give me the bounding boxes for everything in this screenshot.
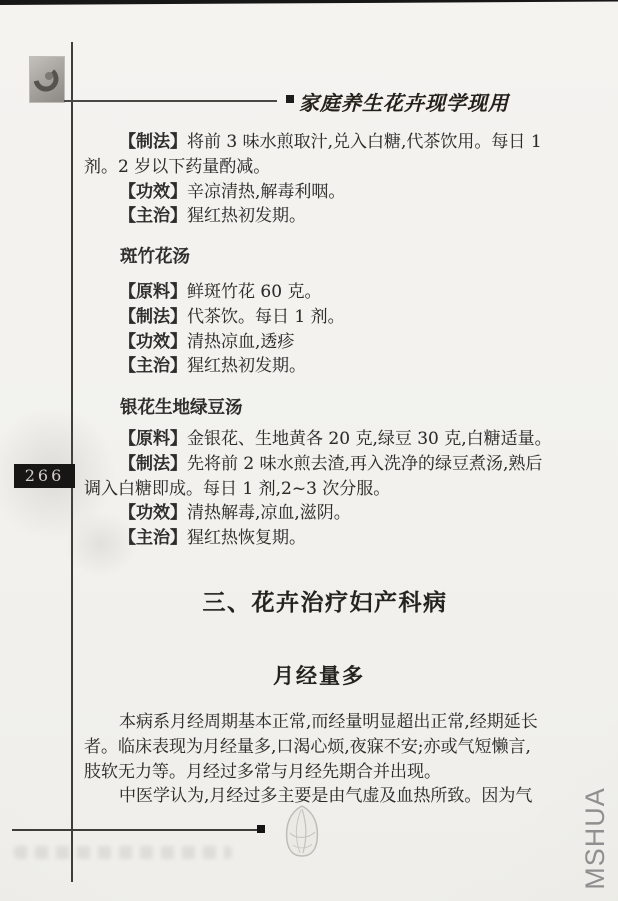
intro-paragraphs: 本病系月经周期基本正常,而经量明显超出正常,经期延长 者。临床表现为月经量多,口… bbox=[84, 710, 570, 809]
text-line: 本病系月经周期基本正常,而经量明显超出正常,经期延长 bbox=[84, 710, 570, 735]
text-line: 【功效】辛凉清热,解毒利咽。 bbox=[84, 180, 570, 205]
field-label: 【主治】 bbox=[119, 528, 187, 548]
text-line: 【主治】猩红热初发期。 bbox=[84, 204, 570, 229]
text-line: 肢软无力等。月经过多常与月经先期合并出现。 bbox=[84, 760, 570, 785]
text-line: 【制法】将前 3 味水煎取汁,兑入白糖,代茶饮用。每日 1 bbox=[84, 130, 570, 155]
line-text: 猩红热初发期。 bbox=[187, 356, 306, 376]
recipe-banzhu-block: 【原料】鲜斑竹花 60 克。 【制法】代茶饮。每日 1 剂。 【功效】清热凉血,… bbox=[84, 280, 570, 379]
line-text: 辛凉清热,解毒利咽。 bbox=[187, 182, 345, 202]
watermark-container: MSHUA bbox=[545, 788, 618, 888]
field-label: 【功效】 bbox=[119, 332, 187, 352]
print-show-through bbox=[14, 846, 232, 859]
line-text: 鲜斑竹花 60 克。 bbox=[187, 282, 321, 302]
line-text: 猩红热恢复期。 bbox=[187, 528, 306, 548]
text-line: 【功效】清热解毒,凉血,滋阴。 bbox=[84, 501, 570, 526]
line-text: 本病系月经周期基本正常,而经量明显超出正常,经期延长 bbox=[119, 712, 538, 732]
line-text: 先将前 2 味水煎去渣,再入洗净的绿豆煮汤,熟后 bbox=[187, 454, 542, 474]
text-line: 剂。2 岁以下药量酌减。 bbox=[84, 155, 570, 180]
line-text: 金银花、生地黄各 20 克,绿豆 30 克,白糖适量。 bbox=[187, 429, 552, 449]
footer-rule bbox=[12, 829, 258, 831]
field-label: 【功效】 bbox=[119, 503, 187, 523]
text-line: 【主治】猩红热恢复期。 bbox=[84, 526, 570, 551]
chapter-heading: 三、花卉治疗妇产科病 bbox=[84, 584, 566, 617]
watermark-text: MSHUA bbox=[580, 787, 611, 890]
field-label: 【原料】 bbox=[119, 282, 187, 302]
line-text: 中医学认为,月经过多主要是由气虚及血热所致。因为气 bbox=[119, 786, 532, 806]
square-bullet-icon bbox=[257, 825, 265, 833]
flower-ornament-icon bbox=[281, 803, 323, 859]
recipe-title: 银花生地绿豆汤 bbox=[120, 394, 243, 419]
publisher-logo-icon bbox=[30, 57, 64, 102]
field-label: 【制法】 bbox=[119, 454, 187, 474]
field-label: 【制法】 bbox=[119, 132, 187, 152]
text-line: 调入白糖即成。每日 1 剂,2~3 次分服。 bbox=[84, 477, 570, 502]
header-rule bbox=[64, 100, 277, 102]
field-label: 【制法】 bbox=[119, 307, 187, 327]
field-label: 【主治】 bbox=[119, 356, 187, 376]
line-text: 清热解毒,凉血,滋阴。 bbox=[187, 503, 351, 523]
page-number-badge: 266 bbox=[14, 464, 75, 488]
recipe-yinhua-block: 【原料】金银花、生地黄各 20 克,绿豆 30 克,白糖适量。 【制法】先将前 … bbox=[84, 427, 570, 551]
text-line: 【功效】清热凉血,透疹 bbox=[84, 330, 570, 355]
line-text: 代茶饮。每日 1 剂。 bbox=[187, 307, 345, 327]
page-top-edge-bar bbox=[0, 0, 618, 5]
left-margin-rule bbox=[71, 42, 73, 882]
text-line: 中医学认为,月经过多主要是由气虚及血热所致。因为气 bbox=[84, 784, 570, 809]
recipe-title: 斑竹花汤 bbox=[120, 243, 190, 268]
square-bullet-icon bbox=[286, 95, 294, 103]
line-text: 剂。2 岁以下药量酌减。 bbox=[84, 157, 270, 177]
line-text: 清热凉血,透疹 bbox=[187, 332, 294, 352]
line-text: 将前 3 味水煎取汁,兑入白糖,代茶饮用。每日 1 bbox=[187, 132, 542, 152]
text-line: 【原料】鲜斑竹花 60 克。 bbox=[84, 280, 570, 305]
field-label: 【功效】 bbox=[119, 182, 187, 202]
text-line: 【原料】金银花、生地黄各 20 克,绿豆 30 克,白糖适量。 bbox=[84, 427, 570, 452]
running-head-title: 家庭养生花卉现学现用 bbox=[299, 87, 509, 116]
line-text: 调入白糖即成。每日 1 剂,2~3 次分服。 bbox=[84, 479, 390, 499]
scanned-book-page: 家庭养生花卉现学现用 266 【制法】将前 3 味水煎取汁,兑入白糖,代茶饮用。… bbox=[0, 0, 618, 901]
field-label: 【主治】 bbox=[119, 206, 187, 226]
line-text: 猩红热初发期。 bbox=[187, 206, 306, 226]
field-label: 【原料】 bbox=[119, 429, 187, 449]
text-line: 【制法】先将前 2 味水煎去渣,再入洗净的绿豆煮汤,熟后 bbox=[84, 452, 570, 477]
line-text: 者。临床表现为月经量多,口渴心烦,夜寐不安;亦或气短懒言, bbox=[84, 737, 531, 757]
line-text: 肢软无力等。月经过多常与月经先期合并出现。 bbox=[84, 762, 441, 782]
recipe-continued-block: 【制法】将前 3 味水煎取汁,兑入白糖,代茶饮用。每日 1 剂。2 岁以下药量酌… bbox=[84, 130, 570, 229]
text-line: 者。临床表现为月经量多,口渴心烦,夜寐不安;亦或气短懒言, bbox=[84, 735, 570, 760]
text-line: 【制法】代茶饮。每日 1 剂。 bbox=[84, 305, 570, 330]
text-line: 【主治】猩红热初发期。 bbox=[84, 354, 570, 379]
section-heading: 月经量多 bbox=[84, 660, 554, 690]
